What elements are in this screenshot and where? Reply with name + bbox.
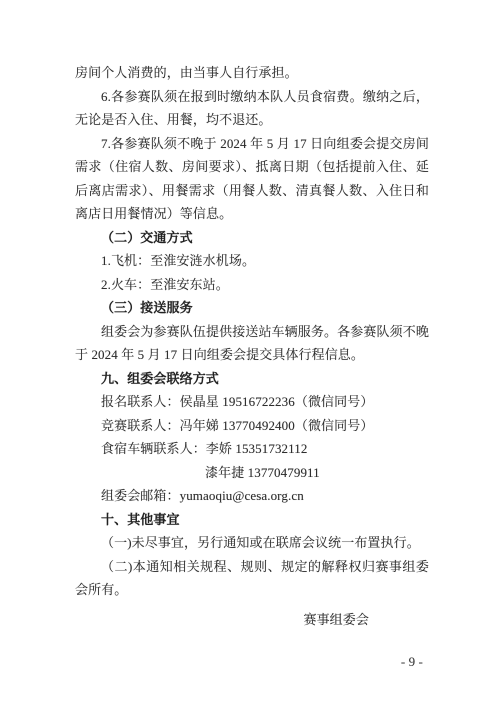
paragraph-other-2: （二)本通知相关规程、规则、规定的解释权归赛事组委会所有。 xyxy=(75,555,429,602)
paragraph-item-7-requirements: 7.各参赛队须不晚于 2024 年 5 月 17 日向组委会提交房间需求（住宿人… xyxy=(75,132,429,226)
page-number: - 9 - xyxy=(75,650,429,674)
contact-registration: 报名联系人：侯晶星 19516722236（微信同号） xyxy=(75,390,429,414)
paragraph-train: 2.火车：至淮安东站。 xyxy=(75,273,429,297)
contact-accommodation-2: 漆年捷 13770479911 xyxy=(75,461,429,485)
heading-other-matters: 十、其他事宜 xyxy=(75,508,429,532)
signature-committee: 赛事组委会 xyxy=(75,608,429,632)
paragraph-room-expense: 房间个人消费的，由当事人自行承担。 xyxy=(75,61,429,85)
heading-shuttle-service: （三）接送服务 xyxy=(75,296,429,320)
heading-transport-methods: （二）交通方式 xyxy=(75,226,429,250)
heading-committee-contact: 九、组委会联络方式 xyxy=(75,367,429,391)
document-content: 房间个人消费的，由当事人自行承担。 6.各参赛队须在报到时缴纳本队人员食宿费。缴… xyxy=(75,61,429,674)
contact-email: 组委会邮箱：yumaoqiu@cesa.org.cn xyxy=(75,484,429,508)
document-page: 房间个人消费的，由当事人自行承担。 6.各参赛队须在报到时缴纳本队人员食宿费。缴… xyxy=(0,0,500,706)
paragraph-shuttle-detail: 组委会为参赛队伍提供接送站车辆服务。各参赛队须不晚于 2024 年 5 月 17… xyxy=(75,320,429,367)
paragraph-item-6-fees: 6.各参赛队须在报到时缴纳本队人员食宿费。缴纳之后，无论是否入住、用餐，均不退还… xyxy=(75,85,429,132)
paragraph-plane: 1.飞机：至淮安涟水机场。 xyxy=(75,249,429,273)
paragraph-other-1: （一)未尽事宜，另行通知或在联席会议统一布置执行。 xyxy=(75,531,429,555)
contact-accommodation: 食宿车辆联系人：李娇 15351732112 xyxy=(75,437,429,461)
contact-competition: 竞赛联系人：冯年娣 13770492400（微信同号） xyxy=(75,414,429,438)
